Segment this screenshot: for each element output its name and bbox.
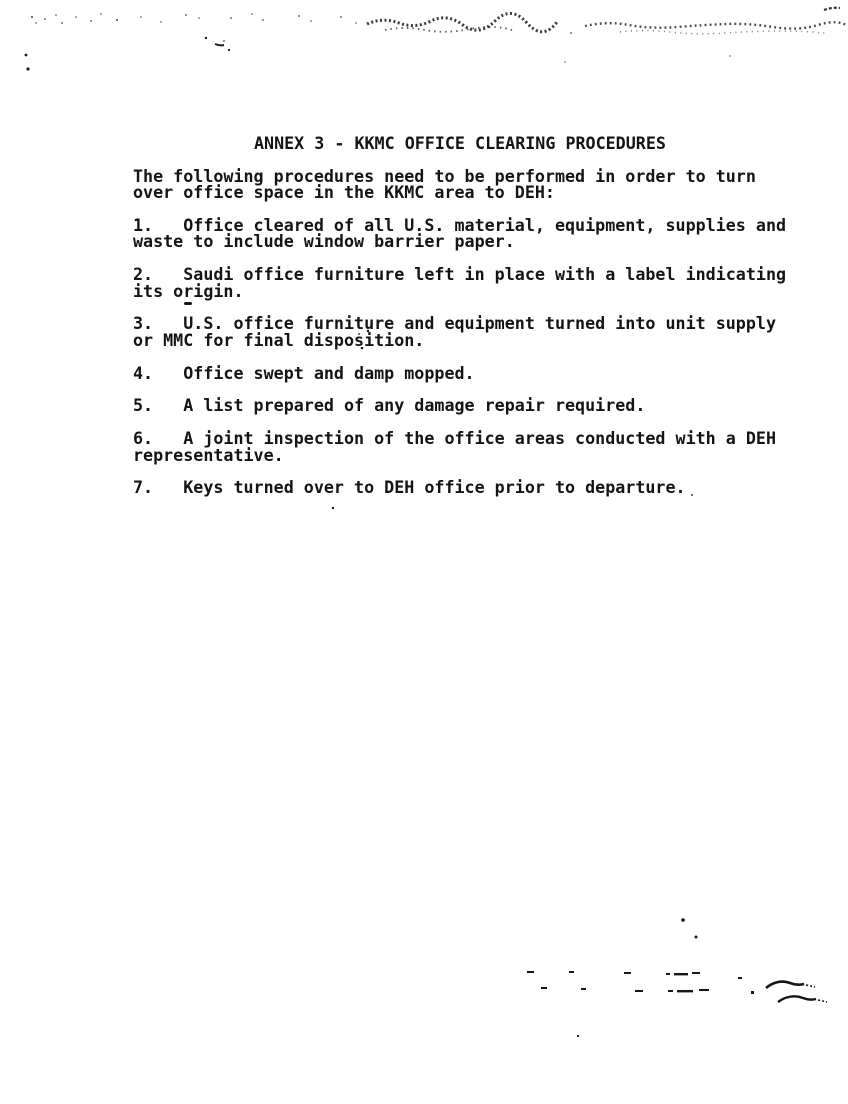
list-item-3: 3. U.S. office furniture and equipment t…: [133, 315, 813, 348]
list-item-4: 4. Office swept and damp mopped.: [133, 365, 813, 381]
document-body: ANNEX 3 - KKMC OFFICE CLEARING PROCEDURE…: [133, 135, 813, 496]
list-item-1: 1. Office cleared of all U.S. material, …: [133, 217, 813, 250]
document-title: ANNEX 3 - KKMC OFFICE CLEARING PROCEDURE…: [254, 135, 813, 151]
list-item-5: 5. A list prepared of any damage repair …: [133, 397, 813, 413]
list-item-7: 7. Keys turned over to DEH office prior …: [133, 479, 813, 495]
scanned-document-page: ANNEX 3 - KKMC OFFICE CLEARING PROCEDURE…: [0, 0, 848, 1104]
list-item-6: 6. A joint inspection of the office area…: [133, 430, 813, 463]
intro-paragraph: The following procedures need to be perf…: [133, 168, 813, 201]
list-item-2: 2. Saudi office furniture left in place …: [133, 266, 813, 299]
